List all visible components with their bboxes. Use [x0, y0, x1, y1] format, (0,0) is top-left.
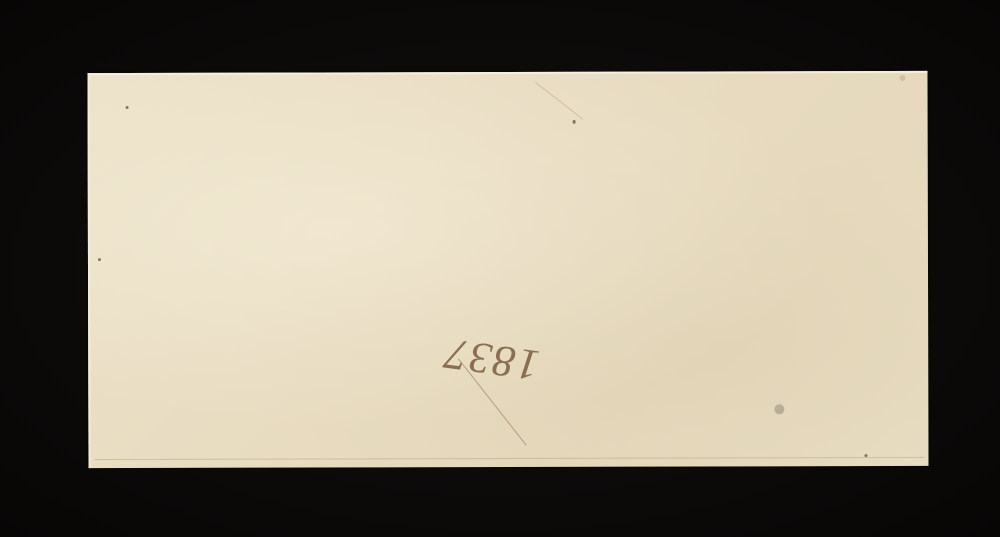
paper-top-edge	[87, 71, 927, 75]
fold-crease	[94, 457, 924, 460]
ink-speck	[98, 258, 101, 261]
small-stain	[899, 75, 905, 81]
paper-document-back: 1837	[87, 71, 928, 468]
black-background: 1837	[0, 0, 1000, 537]
pencil-mark-top	[535, 82, 583, 120]
ink-speck	[573, 120, 576, 124]
ink-speck	[126, 106, 129, 109]
paper-left-edge	[87, 73, 90, 468]
small-stain	[774, 404, 784, 414]
handwritten-date: 1837	[440, 328, 542, 392]
